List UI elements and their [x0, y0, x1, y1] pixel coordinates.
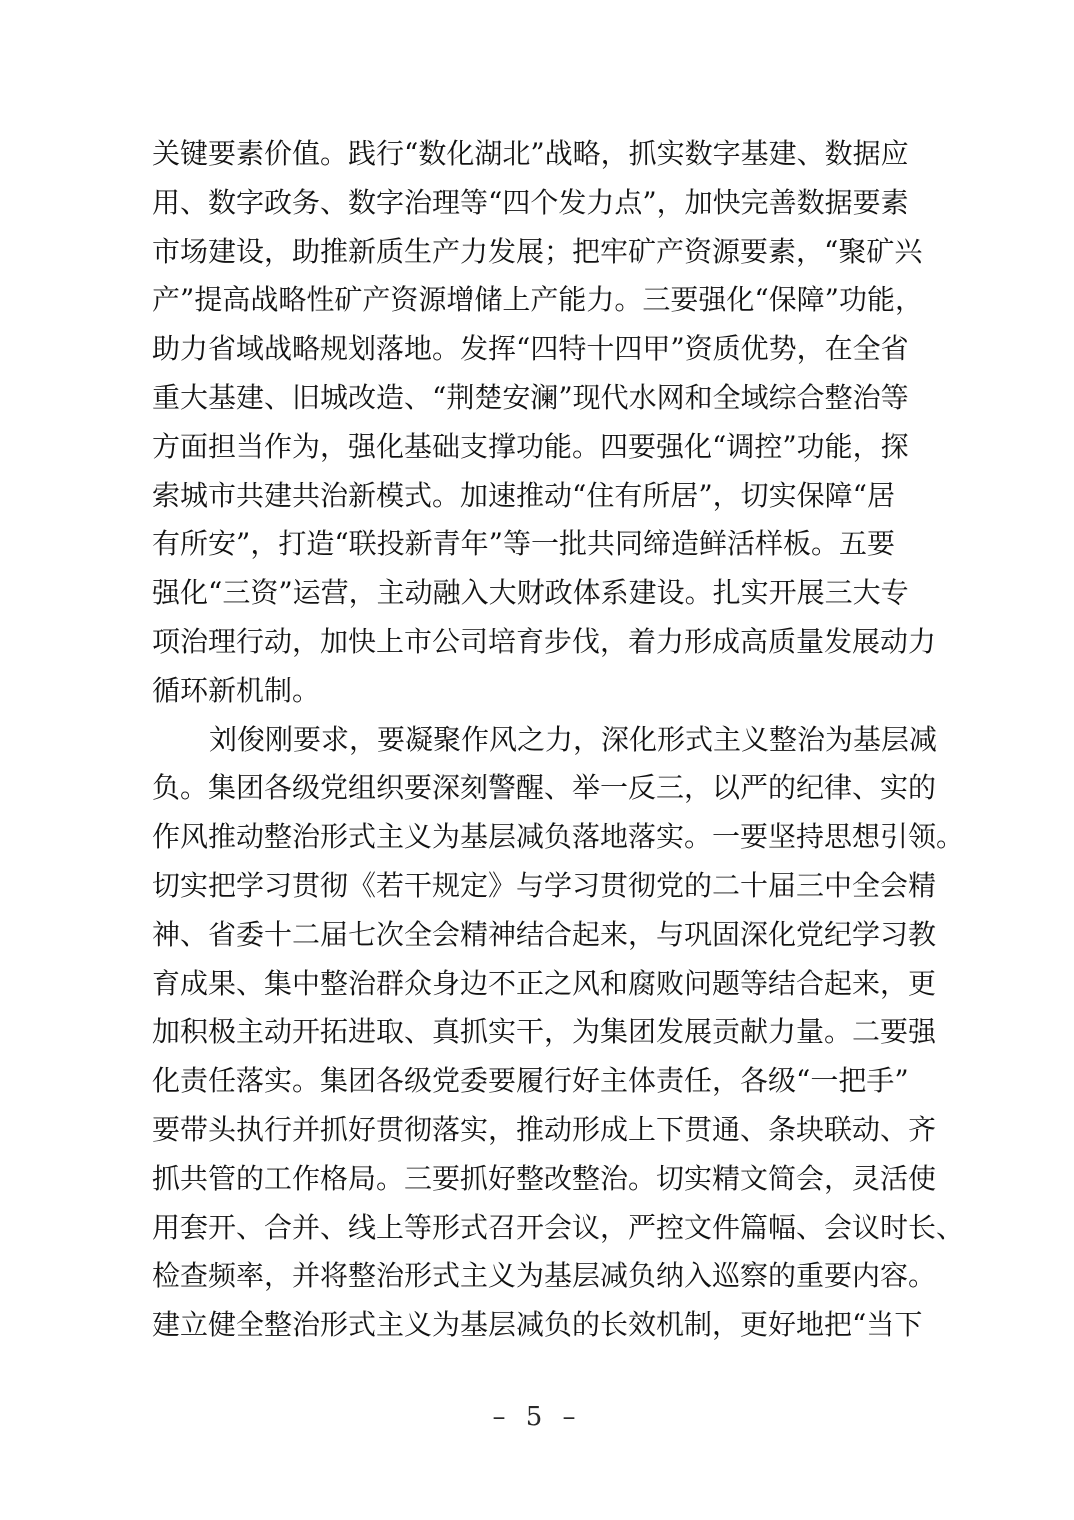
document-body: 关键要素价值。践行“数化湖北”战略，抓实数字基建、数据应 用、数字政务、数字治理… — [152, 130, 936, 1350]
body-line: 检查频率，并将整治形式主义为基层减负纳入巡察的重要内容。 — [152, 1252, 936, 1301]
body-line: 要带头执行并抓好贯彻落实，推动形成上下贯通、条块联动、齐 — [152, 1106, 936, 1155]
body-line: 重大基建、旧城改造、“荆楚安澜”现代水网和全域综合整治等 — [152, 374, 936, 423]
body-line: 化责任落实。集团各级党委要履行好主体责任，各级“一把手” — [152, 1057, 936, 1106]
body-line: 负。集团各级党组织要深刻警醒、举一反三，以严的纪律、实的 — [152, 764, 936, 813]
body-line-paragraph-start: 刘俊刚要求，要凝聚作风之力，深化形式主义整治为基层减 — [152, 716, 936, 765]
page-number: – 5 – — [492, 1402, 581, 1432]
body-line: 助力省域战略规划落地。发挥“四特十四甲”资质优势，在全省 — [152, 325, 936, 374]
body-line: 用、数字政务、数字治理等“四个发力点”，加快完善数据要素 — [152, 179, 936, 228]
body-line: 市场建设，助推新质生产力发展；把牢矿产资源要素，“聚矿兴 — [152, 228, 936, 277]
body-line: 建立健全整治形式主义为基层减负的长效机制，更好地把“当下 — [152, 1301, 936, 1350]
body-line: 抓共管的工作格局。三要抓好整改整治。切实精文简会，灵活使 — [152, 1155, 936, 1204]
document-page: 关键要素价值。践行“数化湖北”战略，抓实数字基建、数据应 用、数字政务、数字治理… — [0, 0, 1074, 1520]
body-line: 循环新机制。 — [152, 667, 936, 716]
body-line: 切实把学习贯彻《若干规定》与学习贯彻党的二十届三中全会精 — [152, 862, 936, 911]
body-line: 产”提高战略性矿产资源增储上产能力。三要强化“保障”功能， — [152, 276, 936, 325]
body-line: 索城市共建共治新模式。加速推动“住有所居”，切实保障“居 — [152, 472, 936, 521]
body-line: 方面担当作为，强化基础支撑功能。四要强化“调控”功能，探 — [152, 423, 936, 472]
body-line: 强化“三资”运营，主动融入大财政体系建设。扎实开展三大专 — [152, 569, 936, 618]
body-line: 加积极主动开拓进取、真抓实干，为集团发展贡献力量。二要强 — [152, 1008, 936, 1057]
body-line: 育成果、集中整治群众身边不正之风和腐败问题等结合起来，更 — [152, 960, 936, 1009]
body-line: 有所安”，打造“联投新青年”等一批共同缔造鲜活样板。五要 — [152, 520, 936, 569]
body-line: 关键要素价值。践行“数化湖北”战略，抓实数字基建、数据应 — [152, 130, 936, 179]
body-line: 项治理行动，加快上市公司培育步伐，着力形成高质量发展动力 — [152, 618, 936, 667]
page-footer: – 5 – — [0, 1402, 1074, 1432]
body-line: 作风推动整治形式主义为基层减负落地落实。一要坚持思想引领。 — [152, 813, 936, 862]
body-line: 神、省委十二届七次全会精神结合起来，与巩固深化党纪学习教 — [152, 911, 936, 960]
body-line: 用套开、合并、线上等形式召开会议，严控文件篇幅、会议时长、 — [152, 1204, 936, 1253]
